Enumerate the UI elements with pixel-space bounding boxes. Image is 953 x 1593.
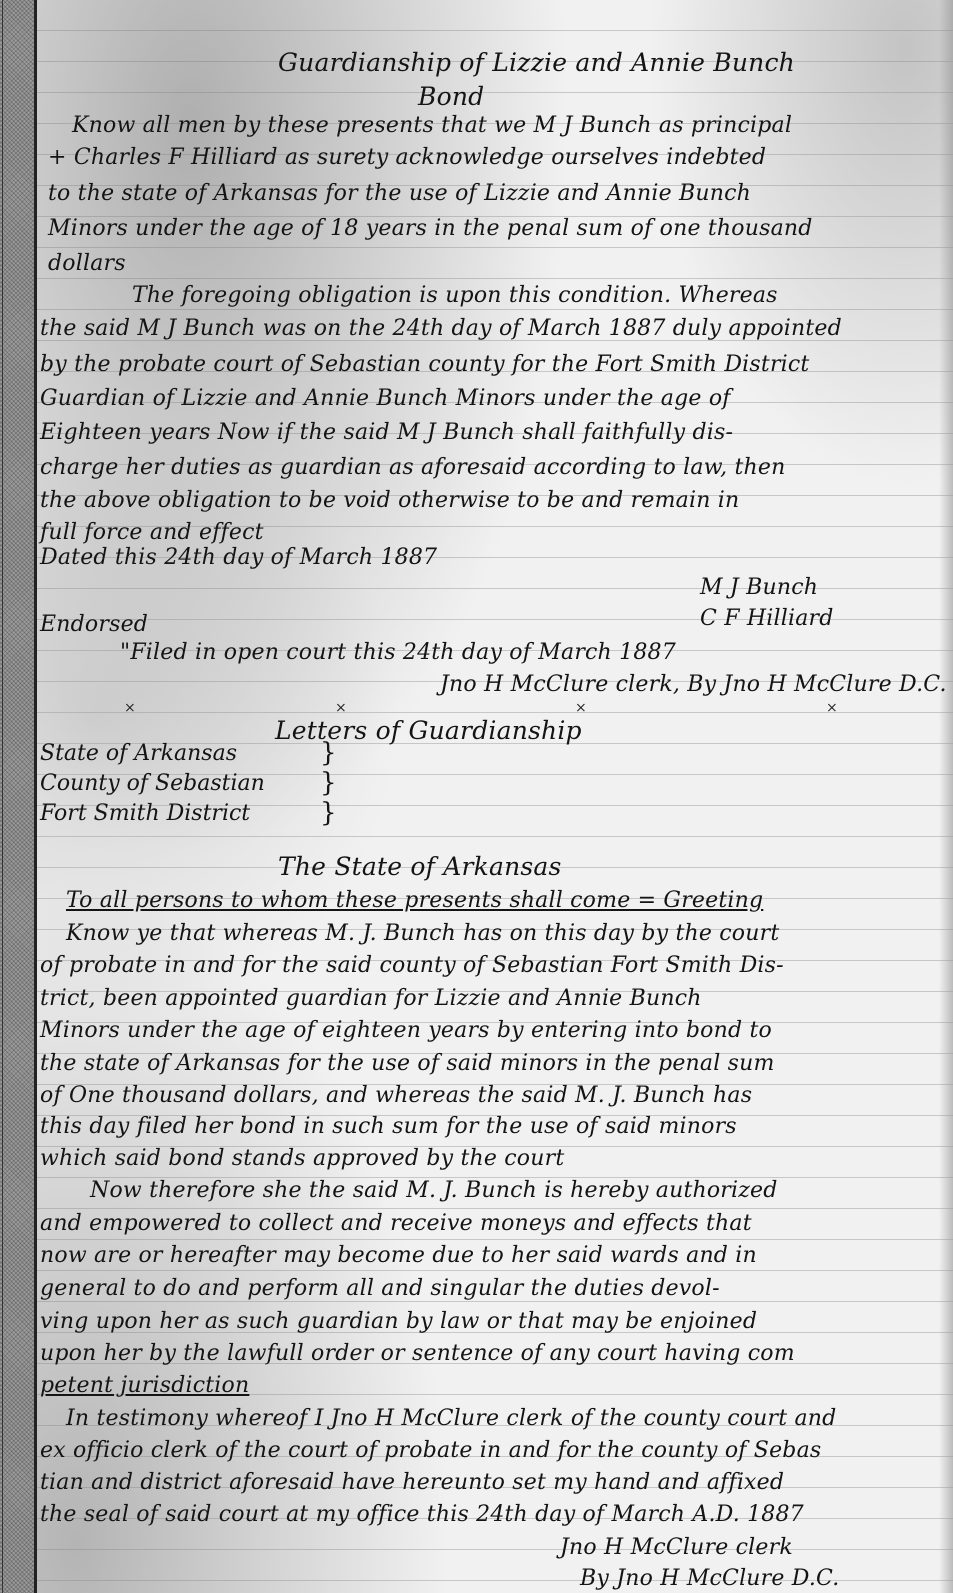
bond-line: the above obligation to be void otherwis… [40, 488, 739, 513]
letters-line: trict, been appointed guardian for Lizzi… [40, 986, 702, 1011]
letters-line: general to do and perform all and singul… [40, 1276, 720, 1301]
bond-dated-line: Dated this 24th day of March 1887 [40, 545, 437, 570]
letters-line: Now therefore she the said M. J. Bunch i… [90, 1178, 778, 1203]
venue-row: Fort Smith District } [40, 798, 337, 828]
letters-line: In testimony whereof I Jno H McClure cle… [66, 1406, 836, 1431]
letters-line: the seal of said court at my office this… [40, 1502, 804, 1527]
separator-mark: × [575, 700, 587, 716]
bond-line: + Charles F Hilliard as surety acknowled… [48, 145, 766, 170]
margin-rule-outer [2, 0, 3, 1593]
ledger-binding-edge [0, 0, 36, 1593]
deputy-clerk-signature: By Jno H McClure D.C. [580, 1566, 840, 1591]
bond-line: Eighteen years Now if the said M J Bunch… [40, 420, 733, 445]
brace-glyph: } [320, 798, 337, 828]
bond-heading: Guardianship of Lizzie and Annie Bunch [278, 48, 795, 77]
filed-line: "Filed in open court this 24th day of Ma… [120, 640, 676, 665]
letters-line: ving upon her as such guardian by law or… [40, 1309, 757, 1334]
bond-line: by the probate court of Sebastian county… [40, 352, 809, 377]
separator-mark: × [826, 700, 838, 716]
separator-mark: × [335, 700, 347, 716]
clerk-attestation: Jno H McClure clerk, By Jno H McClure D.… [440, 672, 947, 697]
letters-line: petent jurisdiction [40, 1373, 249, 1398]
brace-glyph: } [320, 768, 337, 798]
document-page: Guardianship of Lizzie and Annie Bunch B… [0, 0, 953, 1593]
venue-block: State of Arkansas } County of Sebastian … [40, 738, 337, 828]
bond-line: dollars [48, 251, 126, 276]
bond-line: the said M J Bunch was on the 24th day o… [40, 316, 842, 341]
bond-line: Guardian of Lizzie and Annie Bunch Minor… [40, 386, 731, 411]
endorsed-label: Endorsed [40, 612, 148, 637]
bond-line: to the state of Arkansas for the use of … [48, 181, 751, 206]
letters-line: now are or hereafter may become due to h… [40, 1243, 757, 1268]
bond-line: charge her duties as guardian as aforesa… [40, 455, 786, 480]
state-heading: The State of Arkansas [278, 852, 562, 881]
bond-subheading: Bond [418, 82, 484, 111]
letters-line: which said bond stands approved by the c… [40, 1146, 564, 1171]
letters-line: Know ye that whereas M. J. Bunch has on … [66, 921, 779, 946]
signature-surety: C F Hilliard [700, 606, 834, 631]
margin-rule [34, 0, 37, 1593]
letters-line: upon her by the lawfull order or sentenc… [40, 1341, 795, 1366]
letters-line: of One thousand dollars, and whereas the… [40, 1083, 752, 1108]
letters-line: of probate in and for the said county of… [40, 953, 784, 978]
venue-row: County of Sebastian } [40, 768, 337, 798]
letters-line: ex officio clerk of the court of probate… [40, 1438, 821, 1463]
letters-line: To all persons to whom these presents sh… [66, 888, 763, 913]
venue-district: Fort Smith District [40, 801, 320, 826]
venue-state: State of Arkansas [40, 741, 320, 766]
bond-line: full force and effect [40, 520, 264, 545]
clerk-signature: Jno H McClure clerk [560, 1535, 793, 1560]
separator-mark: × [124, 700, 136, 716]
letters-line: tian and district aforesaid have hereunt… [40, 1470, 784, 1495]
bond-line: Know all men by these presents that we M… [72, 113, 792, 138]
brace-glyph: } [320, 738, 337, 768]
letters-line: this day filed her bond in such sum for … [40, 1114, 737, 1139]
page-right-edge [939, 0, 953, 1593]
venue-row: State of Arkansas } [40, 738, 337, 768]
letters-line: and empowered to collect and receive mon… [40, 1211, 752, 1236]
letters-line: Minors under the age of eighteen years b… [40, 1018, 772, 1043]
letters-line: the state of Arkansas for the use of sai… [40, 1051, 775, 1076]
bond-line: The foregoing obligation is upon this co… [132, 283, 778, 308]
bond-line: Minors under the age of 18 years in the … [48, 216, 813, 241]
signature-principal: M J Bunch [700, 575, 818, 600]
venue-county: County of Sebastian [40, 771, 320, 796]
